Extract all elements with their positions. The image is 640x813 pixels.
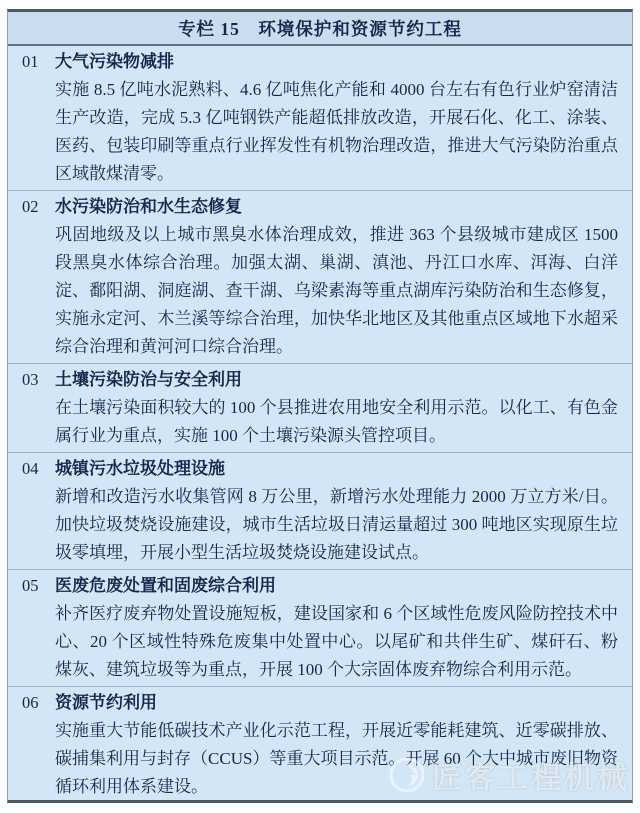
section-body: 补齐医疗废弃物处置设施短板，建设国家和 6 个区域性危废风险防控技术中心、20 … [55, 600, 618, 684]
section-medical-waste: 05 医废危废处置和固废综合利用 补齐医疗废弃物处置设施短板，建设国家和 6 个… [8, 569, 632, 686]
section-body: 实施 8.5 亿吨水泥熟料、4.6 亿吨焦化产能和 4000 台左右有色行业炉窑… [55, 76, 618, 188]
section-body: 新增和改造污水收集管网 8 万公里，新增污水处理能力 2000 万立方米/日。加… [55, 483, 618, 567]
section-number: 03 [22, 366, 39, 394]
section-body: 实施重大节能低碳技术产业化示范工程，开展近零能耗建筑、近零碳排放、碳捕集利用与封… [55, 717, 618, 801]
section-number: 02 [22, 193, 39, 221]
section-title: 医废危废处置和固废综合利用 [55, 572, 618, 600]
section-number: 04 [22, 455, 39, 483]
section-number: 05 [22, 572, 39, 600]
section-resource-saving: 06 资源节约利用 实施重大节能低碳技术产业化示范工程，开展近零能耗建筑、近零碳… [8, 686, 632, 803]
section-number: 01 [22, 48, 39, 76]
section-water-pollution: 02 水污染防治和水生态修复 巩固地级及以上城市黑臭水体治理成效，推进 363 … [8, 190, 632, 363]
section-body: 在土壤污染面积较大的 100 个县推进农用地安全利用示范。以化工、有色金属行业为… [55, 394, 618, 450]
section-sewage-garbage: 04 城镇污水垃圾处理设施 新增和改造污水收集管网 8 万公里，新增污水处理能力… [8, 452, 632, 569]
section-body: 巩固地级及以上城市黑臭水体治理成效，推进 363 个县级城市建成区 1500 段… [55, 221, 618, 361]
info-box-panel: 专栏 15 环境保护和资源节约工程 01 大气污染物减排 实施 8.5 亿吨水泥… [7, 9, 633, 803]
section-title: 城镇污水垃圾处理设施 [55, 455, 618, 483]
section-air-pollution: 01 大气污染物减排 实施 8.5 亿吨水泥熟料、4.6 亿吨焦化产能和 400… [8, 46, 632, 190]
section-number: 06 [22, 689, 39, 717]
section-title: 资源节约利用 [55, 689, 618, 717]
section-soil-pollution: 03 土壤污染防治与安全利用 在土壤污染面积较大的 100 个县推进农用地安全利… [8, 363, 632, 452]
panel-title: 专栏 15 环境保护和资源节约工程 [8, 12, 632, 46]
section-title: 水污染防治和水生态修复 [55, 193, 618, 221]
section-title: 土壤污染防治与安全利用 [55, 366, 618, 394]
section-title: 大气污染物减排 [55, 48, 618, 76]
